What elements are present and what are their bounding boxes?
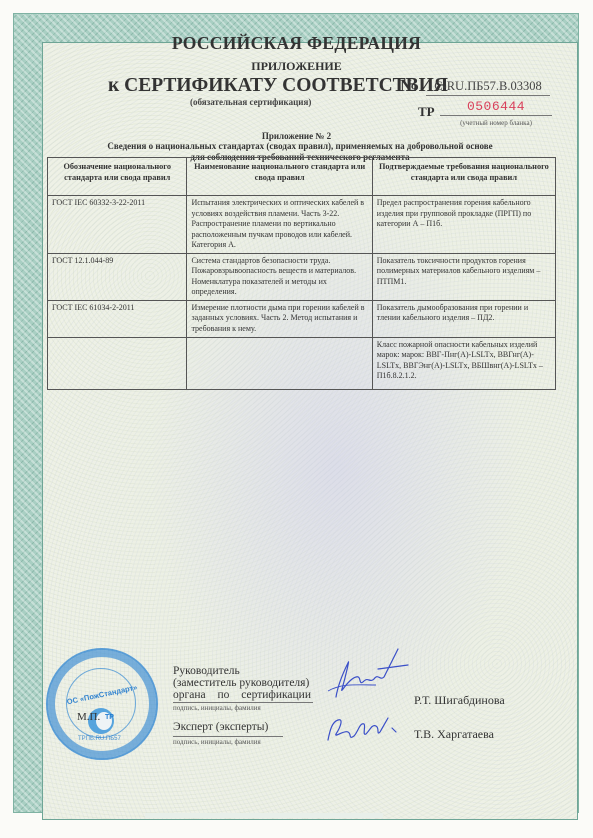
cell-designation: ГОСТ IEC 60332-3-22-2011 (48, 196, 187, 254)
head-signature-caption: подпись, инициалы, фамилия (173, 704, 261, 712)
expert-signature-icon (318, 710, 408, 750)
head-label-line2: (заместитель руководителя) (173, 677, 311, 689)
cell-requirements: Показатель дымообразования при горении и… (372, 300, 555, 337)
certification-type: (обязательная сертификация) (190, 97, 311, 107)
blank-number: 0506444 (440, 99, 552, 116)
expert-signature-caption: подпись, инициалы, фамилия (173, 738, 261, 746)
cell-designation: ГОСТ IEC 61034-2-2011 (48, 300, 187, 337)
cell-name: Система стандартов безопасности труда. П… (187, 253, 372, 300)
table-row: ГОСТ 12.1.044-89 Система стандартов безо… (48, 253, 556, 300)
stamp-place-label: М.П. (77, 711, 100, 723)
appendix-heading: ПРИЛОЖЕНИЕ (0, 59, 593, 74)
expert-label: Эксперт (эксперты) (173, 721, 268, 733)
cell-requirements: Показатель токсичности продуктов горения… (372, 253, 555, 300)
header-name: Наименование национального стандарта или… (187, 158, 372, 196)
table-row: Класс пожарной опасности кабельных издел… (48, 337, 556, 389)
head-label-line1: Руководитель (173, 665, 311, 677)
header-designation: Обозначение национального стандарта или … (48, 158, 187, 196)
head-signature-line (173, 702, 313, 703)
cell-name: Испытания электрических и оптических каб… (187, 196, 372, 254)
cell-designation (48, 337, 187, 389)
table-header-row: Обозначение национального стандарта или … (48, 158, 556, 196)
cell-designation: ГОСТ 12.1.044-89 (48, 253, 187, 300)
certificate-number: C-RU.ПБ57.B.03308 (426, 79, 550, 96)
cell-name: Измерение плотности дыма при горении каб… (187, 300, 372, 337)
number-sign: № (400, 76, 417, 96)
table-row: ГОСТ IEC 60332-3-22-2011 Испытания элект… (48, 196, 556, 254)
country-heading: РОССИЙСКАЯ ФЕДЕРАЦИЯ (0, 33, 593, 54)
appendix-number: Приложение № 2 (0, 131, 593, 141)
head-label-line3: органа по сертификации (173, 689, 311, 701)
standards-table: Обозначение национального стандарта или … (47, 157, 556, 390)
stamp-code: ТРПБ.RU.ПБ57 (78, 736, 121, 742)
printer-imprint (145, 813, 383, 818)
expert-name: Т.В. Харгатаева (414, 727, 494, 742)
head-name: Р.Т. Шигабдинова (414, 693, 505, 708)
table-row: ГОСТ IEC 61034-2-2011 Измерение плотност… (48, 300, 556, 337)
head-signature-icon (318, 645, 418, 705)
cell-name (187, 337, 372, 389)
cell-requirements: Предел распространения горения кабельног… (372, 196, 555, 254)
tr-label: ТР (418, 104, 435, 120)
cell-requirements: Класс пожарной опасности кабельных издел… (372, 337, 555, 389)
expert-signature-line (173, 736, 283, 737)
head-label: Руководитель (заместитель руководителя) … (173, 665, 311, 701)
certificate-title: к СЕРТИФИКАТУ СООТВЕТСТВИЯ (108, 75, 448, 97)
blank-number-caption: (учетный номер бланка) (440, 119, 552, 127)
stamp-logo-text: ТР (105, 714, 114, 721)
header-requirements: Подтверждаемые требования национального … (372, 158, 555, 196)
official-stamp: ОС «ПожСтандарт» ТР ТРПБ.RU.ПБ57 (46, 648, 158, 760)
